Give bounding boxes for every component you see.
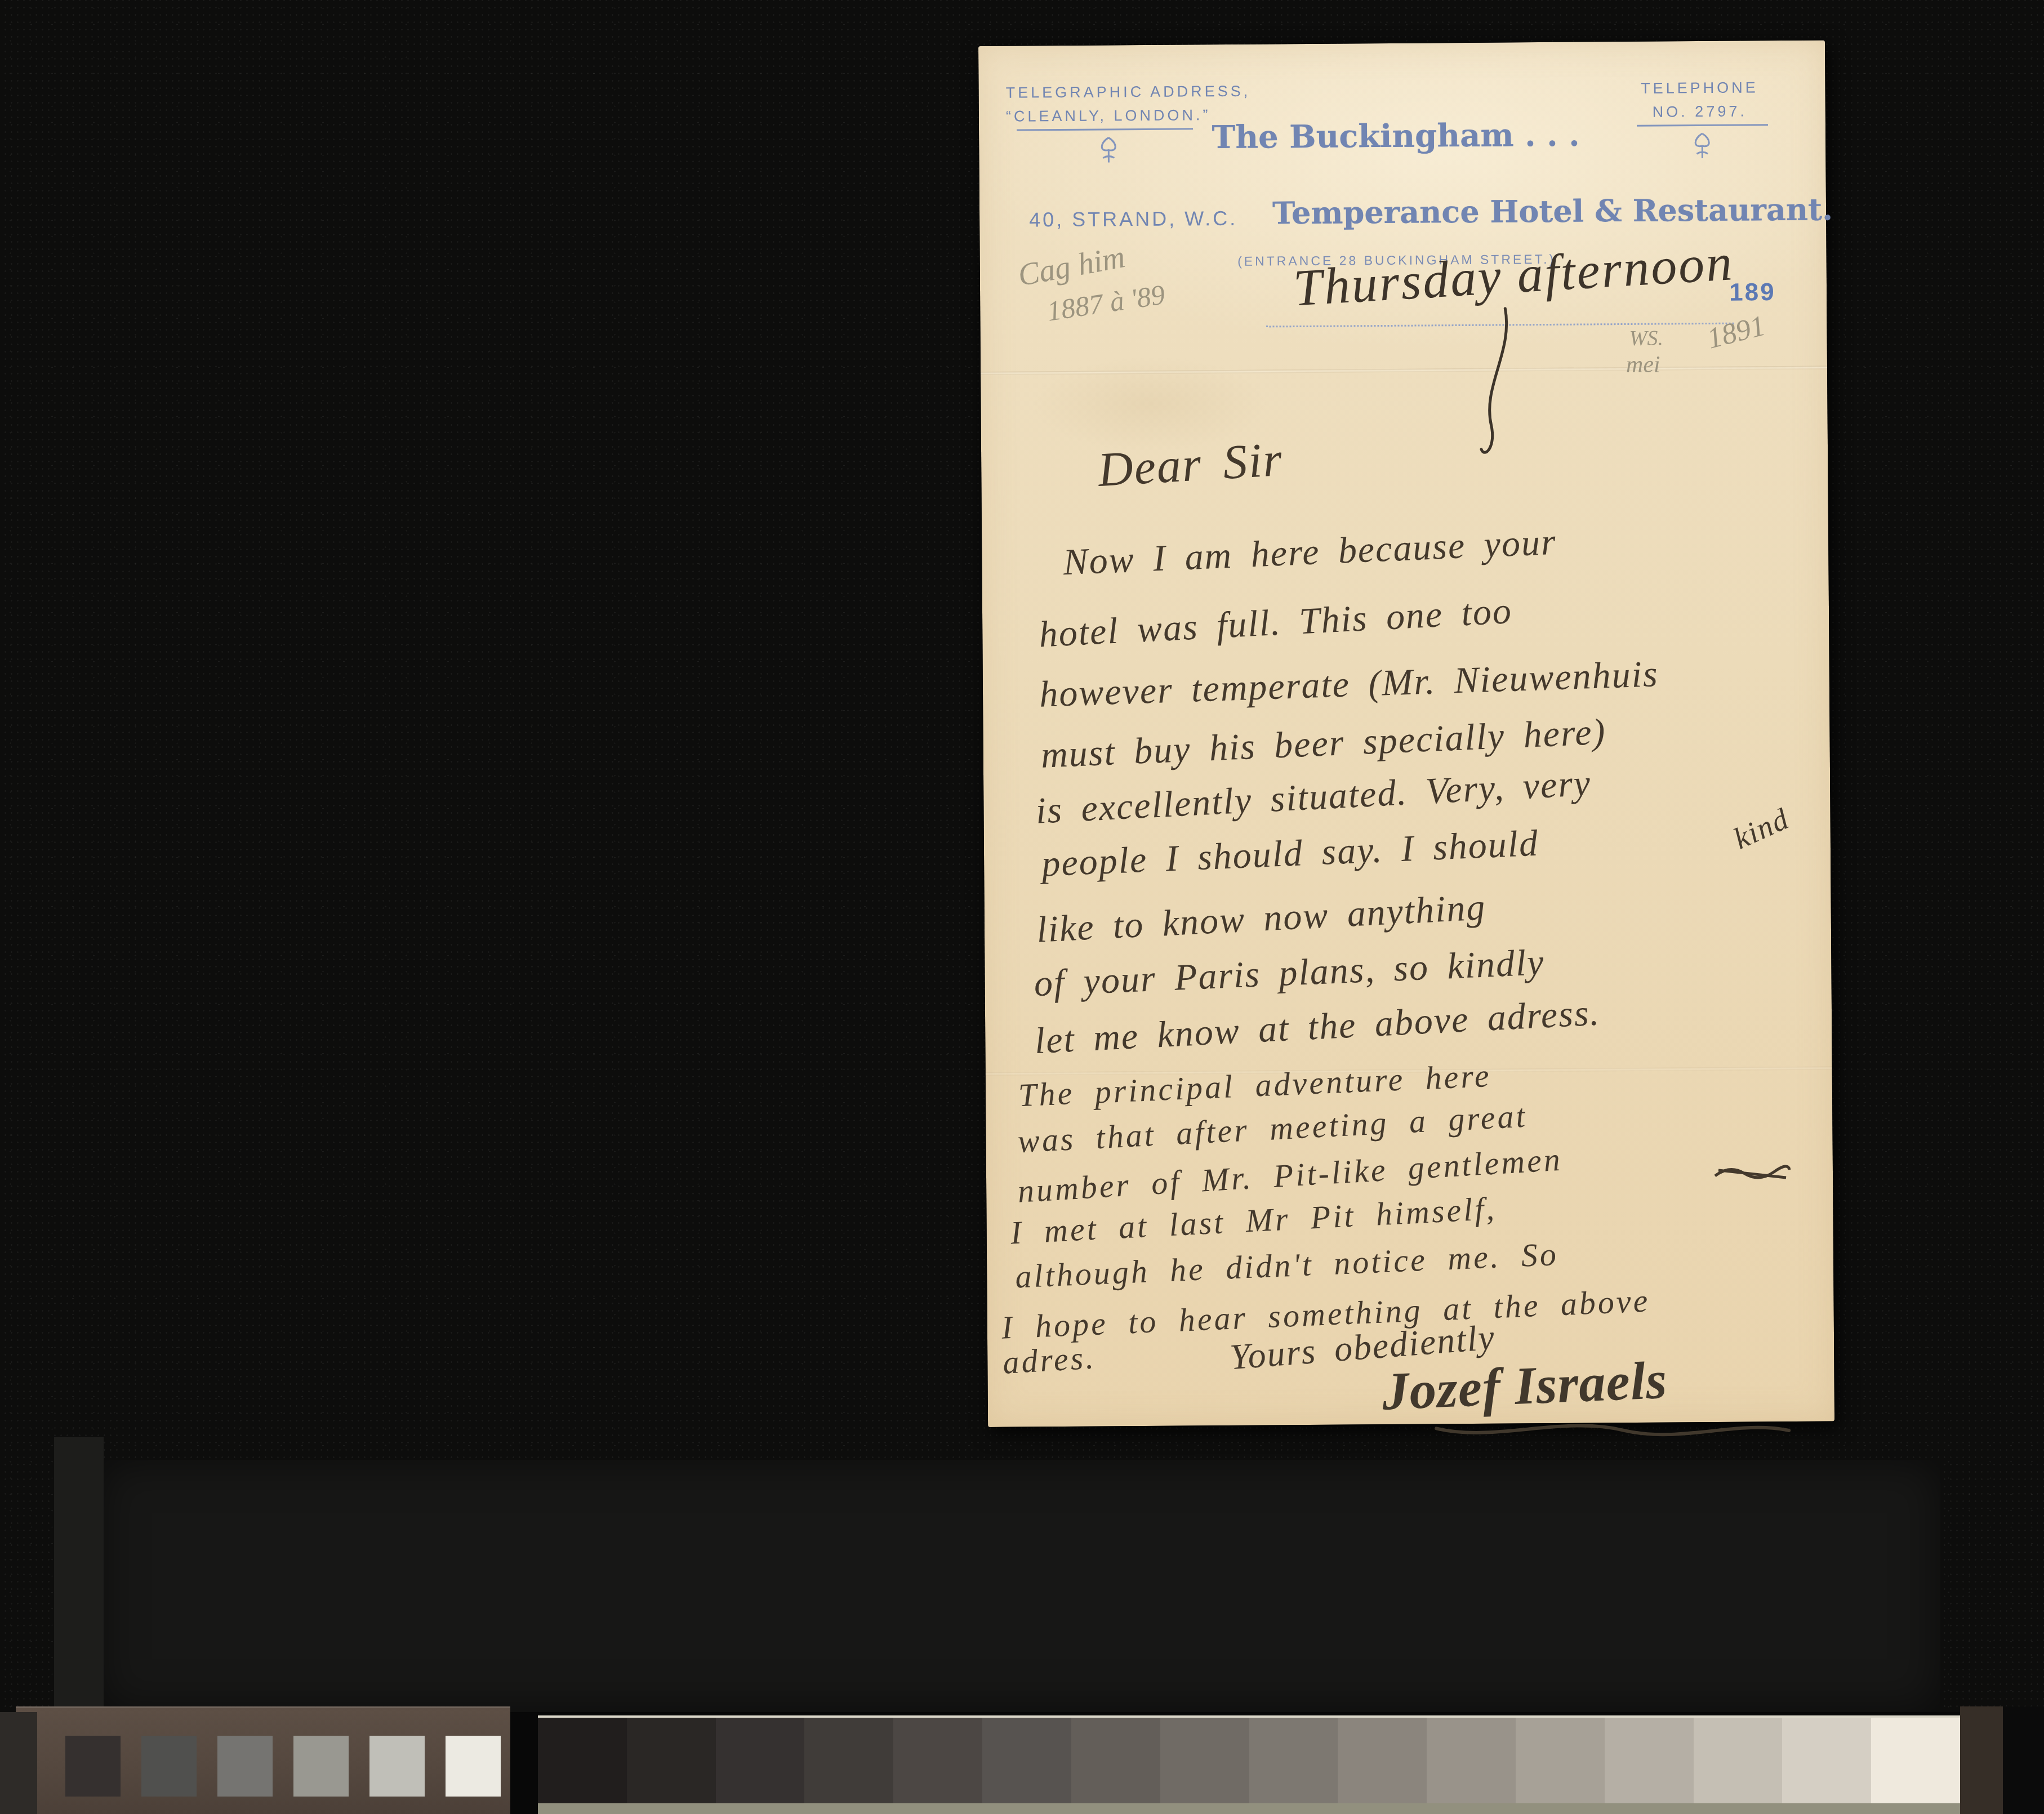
body-line: Now I am here because your (1062, 521, 1557, 585)
hotel-subtitle: Temperance Hotel & Restaurant. (1272, 191, 1768, 231)
corner-card (0, 1712, 37, 1814)
gray-step (141, 1736, 197, 1797)
wedge-end-strip (1960, 1706, 2003, 1814)
gray-step (217, 1736, 273, 1797)
body-line: hotel was full. This one too (1038, 590, 1513, 656)
gray-step (893, 1718, 982, 1803)
pencil-year: 1891 (1704, 309, 1769, 356)
fold-crease (981, 366, 1827, 375)
fleuron-ornament-right (1680, 131, 1725, 161)
telephone-value: NO. 2797. (1621, 99, 1779, 124)
letterhead-rule-right (1637, 124, 1768, 127)
gray-step (1338, 1718, 1427, 1803)
body-line: people I should say. I should (1041, 822, 1540, 886)
street-address: 40, STRAND, W.C. (1029, 207, 1237, 232)
board-edge (54, 1437, 104, 1708)
gray-step (1871, 1718, 1960, 1803)
handwritten-date: Thursday afternoon (1292, 232, 1735, 318)
signature-flourish (1433, 1410, 1793, 1446)
salutation: Dear Sir (1097, 431, 1285, 498)
body-line: adres. (1001, 1338, 1097, 1381)
gray-step (1160, 1718, 1249, 1803)
gray-scale-card-left (16, 1706, 510, 1814)
wedge-footer-band (538, 1803, 1960, 1814)
telegraphic-address-label: TELEGRAPHIC ADDRESS, (1005, 79, 1208, 105)
printed-year: 189 (1729, 278, 1776, 307)
body-line: however temperate (Mr. Nieuwenhuis (1039, 653, 1659, 716)
corner-shadow (2003, 1706, 2044, 1814)
gray-patch-row (65, 1736, 501, 1797)
gray-step (627, 1718, 716, 1803)
gray-step (982, 1718, 1071, 1803)
gray-step (1427, 1718, 1516, 1803)
gray-step (804, 1718, 893, 1803)
gray-step (293, 1736, 349, 1797)
gray-step (446, 1736, 501, 1797)
body-line: like to know now anything (1035, 886, 1487, 951)
telephone-block: TELEPHONE NO. 2797. (1620, 75, 1779, 124)
hotel-name: The Buckingham . . . (1204, 116, 1587, 156)
body-line: let me know at the above adress. (1034, 991, 1601, 1063)
gray-step (1605, 1718, 1694, 1803)
gray-step (65, 1736, 121, 1797)
telephone-label: TELEPHONE (1620, 75, 1778, 100)
letterhead-rule-left (1017, 128, 1193, 131)
body-line: of your Paris plans, so kindly (1033, 941, 1546, 1005)
gray-step (1516, 1718, 1605, 1803)
telegraphic-address-block: TELEGRAPHIC ADDRESS, “CLEANLY, LONDON.” (1005, 79, 1209, 128)
gray-step (716, 1718, 805, 1803)
gray-step-wedge-right (538, 1715, 1960, 1803)
gray-step (369, 1736, 425, 1797)
pencil-month: mei (1626, 351, 1660, 378)
inserted-word: kind (1728, 801, 1794, 856)
gray-step (1694, 1718, 1783, 1803)
letter-paper: TELEGRAPHIC ADDRESS, “CLEANLY, LONDON.” … (978, 41, 1834, 1427)
crossed-out-scribble (1713, 1158, 1792, 1187)
photograph-of-letter: { "letterhead": { "accent_color": "#7185… (0, 0, 2044, 1814)
date-descender-flourish (1476, 307, 1522, 476)
gray-step (1782, 1718, 1871, 1803)
lower-support-board (99, 1460, 1940, 1712)
fleuron-ornament-left (1086, 135, 1131, 165)
gray-step (1249, 1718, 1338, 1803)
gray-step (538, 1718, 627, 1803)
gray-step (1071, 1718, 1160, 1803)
telegraphic-address-value: “CLEANLY, LONDON.” (1006, 103, 1209, 128)
pencil-initials: WS. (1629, 326, 1663, 351)
